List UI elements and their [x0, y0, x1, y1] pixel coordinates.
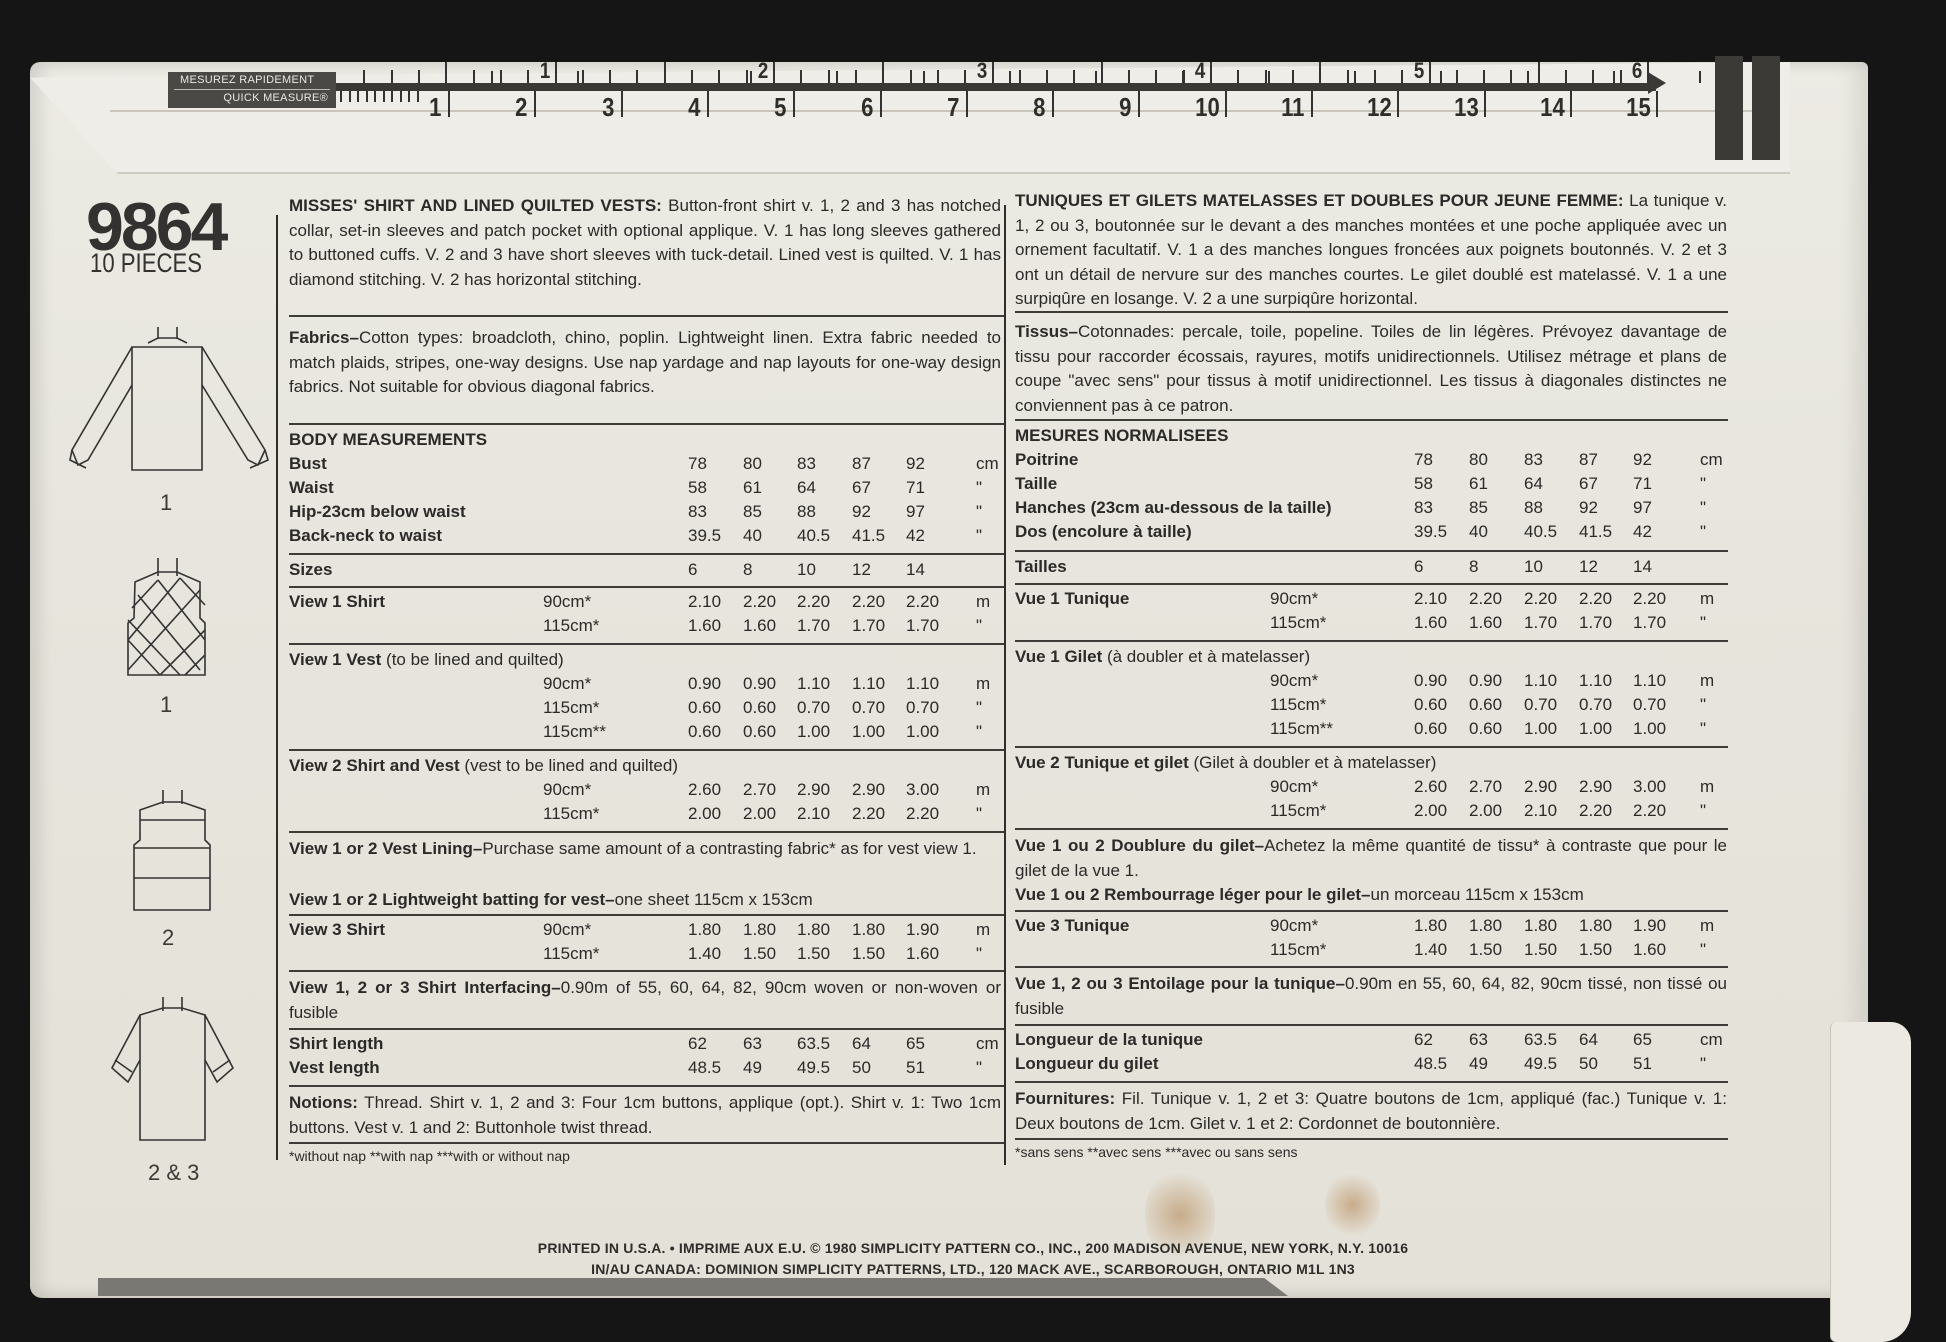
view-row: Vue 2 Tunique et gilet (Gilet à doubler …: [1015, 753, 1436, 777]
size-value: 2.20: [852, 804, 885, 828]
mm-tick: [366, 91, 368, 102]
row-note: (à doubler et à matelasser): [1102, 647, 1310, 666]
size-value: 40.5: [797, 526, 830, 550]
size-value: 49: [1469, 1054, 1488, 1078]
size-value: 8: [1469, 557, 1478, 581]
mm-tick: [340, 91, 342, 102]
size-value: 0.70: [1524, 695, 1557, 719]
cm-tick: [1397, 91, 1399, 117]
cm-mark: 9: [1119, 92, 1131, 123]
unit-label: cm: [1700, 1030, 1723, 1054]
row-note: (to be lined and quilted): [381, 650, 563, 669]
figure-label: 2: [162, 925, 174, 951]
size-value: 2.20: [1469, 589, 1502, 613]
size-value: 2.70: [743, 780, 776, 804]
size-value: 42: [1633, 522, 1652, 546]
unit-label: m: [1700, 777, 1714, 801]
mm-half-tick: [1613, 71, 1615, 83]
unit-label: ": [976, 502, 982, 526]
fabric-width: 115cm*: [543, 804, 599, 828]
eighth-inch-tick: [1456, 70, 1458, 83]
size-value: 51: [906, 1058, 925, 1082]
batting: Vue 1 ou 2 Rembourrage léger pour le gil…: [1015, 883, 1727, 908]
size-value: 64: [1579, 1030, 1598, 1054]
cm-tick: [793, 91, 795, 117]
size-value: 1.00: [1524, 719, 1557, 743]
figure-label: 2 & 3: [148, 1160, 199, 1186]
mm-tick: [349, 91, 351, 102]
eighth-inch-tick: [1483, 70, 1485, 83]
row-label: MESURES NORMALISEES: [1015, 426, 1228, 445]
eighth-inch-tick: [964, 70, 966, 83]
eighth-inch-tick: [882, 62, 884, 83]
inch-tick: [992, 62, 994, 83]
size-value: 41.5: [852, 526, 885, 550]
size-value: 49: [743, 1058, 762, 1082]
eighth-inch-tick: [391, 70, 393, 83]
fabrics-heading: Fabrics–: [289, 328, 359, 347]
cm-mark: 8: [1033, 92, 1045, 123]
unit-label: ": [1700, 695, 1706, 719]
row-label: Shirt length: [289, 1034, 383, 1053]
size-value: 0.90: [688, 674, 721, 698]
ruler-bar: [336, 83, 1656, 91]
size-value: 1.10: [797, 674, 830, 698]
body-measurements-heading: BODY MEASUREMENTS: [289, 430, 487, 454]
cm-tick: [966, 91, 968, 117]
size-value: 8: [743, 560, 752, 584]
section-rule: [289, 970, 1004, 972]
unit-label: ": [976, 698, 982, 722]
batting: View 1 or 2 Lightweight batting for vest…: [289, 888, 1001, 913]
size-value: 2.20: [906, 592, 939, 616]
eighth-inch-tick: [910, 70, 912, 83]
cm-tick: [534, 91, 536, 117]
fabric-width: 90cm*: [543, 920, 591, 944]
lining: Vue 1 ou 2 Doublure du gilet–Achetez la …: [1015, 834, 1727, 883]
size-value: 67: [852, 478, 871, 502]
inch-tick: [1210, 62, 1212, 83]
measurement-row: Hanches (23cm au-dessous de la taille): [1015, 498, 1332, 522]
section-rule: [289, 1142, 1004, 1144]
ruler-label-en: QUICK MEASURE®: [223, 92, 328, 104]
row-label: Vue 1 Gilet: [1015, 647, 1102, 666]
unit-label: ": [976, 722, 982, 746]
section-rule: [289, 749, 1004, 751]
size-value: 50: [852, 1058, 871, 1082]
eighth-inch-tick: [609, 70, 611, 83]
cm-mark: 15: [1626, 92, 1651, 123]
size-value: 1.00: [906, 722, 939, 746]
section-rule: [289, 914, 1004, 916]
eighth-inch-tick: [691, 70, 693, 83]
size-value: 2.20: [1633, 801, 1666, 825]
lining-text: Vue 1 ou 2 Doublure du gilet–Achetez la …: [1015, 834, 1727, 883]
description-text: MISSES' SHIRT AND LINED QUILTED VESTS: B…: [289, 194, 1001, 292]
size-value: 1.60: [688, 616, 721, 640]
fabric-width: 115cm*: [1270, 695, 1326, 719]
unit-label: ": [1700, 940, 1706, 964]
unit-label: ": [1700, 801, 1706, 825]
section-rule: [1015, 583, 1728, 585]
size-value: 1.10: [1633, 671, 1666, 695]
row-label: Longueur de la tunique: [1015, 1030, 1203, 1049]
interfacing-text: Vue 1, 2 ou 3 Entoilage pour la tunique–…: [1015, 972, 1727, 1021]
size-value: 64: [852, 1034, 871, 1058]
row-label: View 1 Vest: [289, 650, 381, 669]
eighth-inch-tick: [1592, 70, 1594, 83]
unit-label: ": [976, 478, 982, 502]
canada-address-line: IN/AU CANADA: DOMINION SIMPLICITY PATTER…: [0, 1261, 1946, 1277]
measurement-row: Poitrine: [1015, 450, 1078, 474]
fabric-width: 115cm*: [543, 698, 599, 722]
section-rule: [1015, 828, 1728, 830]
notions: Fournitures: Fil. Tunique v. 1, 2 et 3: …: [1015, 1087, 1727, 1136]
fabrics-body: Cotton types: broadcloth, chino, poplin.…: [289, 328, 1001, 396]
flap-edge-line: [110, 110, 1780, 112]
measurement-row: Taille: [1015, 474, 1057, 498]
cm-tick: [621, 91, 623, 117]
eighth-inch-tick: [1538, 62, 1540, 83]
cm-tick: [1225, 91, 1227, 117]
eighth-inch-tick: [500, 70, 502, 83]
section-rule: [1015, 1081, 1728, 1083]
size-value: 83: [1524, 450, 1543, 474]
eighth-inch-tick: [1265, 70, 1267, 83]
size-value: 39.5: [688, 526, 721, 550]
size-value: 0.60: [1469, 719, 1502, 743]
fabric-width: 115cm*: [543, 944, 599, 968]
size-value: 51: [1633, 1054, 1652, 1078]
mm-tick: [408, 91, 410, 102]
ruler-label-fr: MESUREZ RAPIDEMENT: [180, 74, 314, 86]
size-value: 1.00: [1633, 719, 1666, 743]
interfacing: View 1, 2 or 3 Shirt Interfacing–0.90m o…: [289, 976, 1001, 1025]
size-value: 41.5: [1579, 522, 1612, 546]
mm-tick: [374, 91, 376, 102]
size-value: 1.50: [1469, 940, 1502, 964]
section-rule: [289, 643, 1004, 645]
inch-tick: [773, 62, 775, 83]
sizes-row: Sizes: [289, 560, 332, 584]
batting-text: Vue 1 ou 2 Rembourrage léger pour le gil…: [1015, 883, 1727, 908]
cm-mark: 4: [688, 92, 700, 123]
eighth-inch-tick: [718, 70, 720, 83]
lining: View 1 or 2 Vest Lining–Purchase same am…: [289, 837, 1001, 862]
batting-heading: View 1 or 2 Lightweight batting for vest…: [289, 890, 615, 909]
fabrics-text: Tissus–Cotonnades: percale, toile, popel…: [1015, 320, 1727, 418]
size-value: 1.80: [797, 920, 830, 944]
size-value: 1.60: [906, 944, 939, 968]
eighth-inch-tick: [855, 70, 857, 83]
size-value: 49.5: [1524, 1054, 1557, 1078]
row-label: Waist: [289, 478, 334, 497]
size-value: 92: [1579, 498, 1598, 522]
size-value: 0.70: [1633, 695, 1666, 719]
fabric-width: 115cm*: [1270, 801, 1326, 825]
size-value: 63.5: [797, 1034, 830, 1058]
size-value: 14: [906, 560, 925, 584]
size-value: 61: [1469, 474, 1488, 498]
row-note: (vest to be lined and quilted): [460, 756, 678, 775]
fabric-width: 90cm*: [1270, 671, 1318, 695]
section-rule: [1015, 1024, 1728, 1026]
unit-label: m: [1700, 916, 1714, 940]
unit-label: cm: [1700, 450, 1723, 474]
body-measurements-heading: MESURES NORMALISEES: [1015, 426, 1228, 450]
row-label: Longueur du gilet: [1015, 1054, 1159, 1073]
size-value: 63: [743, 1034, 762, 1058]
cm-tick: [1138, 91, 1140, 117]
torn-side-fold: [1830, 1022, 1911, 1342]
section-rule: [1015, 966, 1728, 968]
inch-tick: [1647, 62, 1649, 83]
water-stain: [1325, 1170, 1380, 1240]
size-value: 1.60: [1414, 613, 1447, 637]
lining-body: Purchase same amount of a contrasting fa…: [482, 839, 976, 858]
size-value: 48.5: [688, 1058, 721, 1082]
size-value: 49.5: [797, 1058, 830, 1082]
unit-label: m: [1700, 671, 1714, 695]
size-value: 2.70: [1469, 777, 1502, 801]
fabric-width: 90cm*: [1270, 589, 1318, 613]
inch-mark: 3: [976, 58, 986, 84]
row-label: View 2 Shirt and Vest: [289, 756, 460, 775]
size-value: 92: [1633, 450, 1652, 474]
notions-heading: Fournitures:: [1015, 1089, 1115, 1108]
eighth-inch-tick: [1046, 70, 1048, 83]
size-value: 61: [743, 478, 762, 502]
size-value: 65: [906, 1034, 925, 1058]
eighth-inch-tick: [1155, 70, 1157, 83]
size-value: 0.60: [688, 722, 721, 746]
eighth-inch-tick: [1019, 70, 1021, 83]
size-value: 0.70: [852, 698, 885, 722]
size-value: 2.00: [688, 804, 721, 828]
size-value: 1.10: [852, 674, 885, 698]
section-rule: [1015, 640, 1728, 642]
batting-body: one sheet 115cm x 153cm: [615, 890, 813, 909]
size-value: 1.80: [743, 920, 776, 944]
size-value: 92: [906, 454, 925, 478]
size-value: 1.10: [1579, 671, 1612, 695]
row-label: Taille: [1015, 474, 1057, 493]
mm-half-tick: [1095, 71, 1097, 83]
size-value: 88: [1524, 498, 1543, 522]
size-value: 1.10: [906, 674, 939, 698]
cm-mark: 5: [774, 92, 786, 123]
section-rule: [1015, 550, 1728, 552]
eighth-inch-tick: [363, 70, 365, 83]
size-value: 1.00: [1579, 719, 1612, 743]
size-value: 83: [1414, 498, 1433, 522]
unit-label: ": [976, 944, 982, 968]
size-value: 1.50: [852, 944, 885, 968]
size-value: 3.00: [1633, 777, 1666, 801]
eighth-inch-tick: [1292, 70, 1294, 83]
notions: Notions: Thread. Shirt v. 1, 2 and 3: Fo…: [289, 1091, 1001, 1140]
size-value: 85: [743, 502, 762, 526]
size-value: 42: [906, 526, 925, 550]
size-value: 62: [688, 1034, 707, 1058]
size-value: 2.10: [797, 804, 830, 828]
size-value: 12: [852, 560, 871, 584]
notions-heading: Notions:: [289, 1093, 358, 1112]
size-value: 63: [1469, 1030, 1488, 1054]
section-rule: [1015, 311, 1728, 313]
size-value: 2.20: [797, 592, 830, 616]
row-label: Vue 1 Tunique: [1015, 589, 1129, 608]
size-value: 0.60: [743, 698, 776, 722]
size-value: 97: [906, 502, 925, 526]
mm-half-tick: [750, 71, 752, 83]
fabric-width: 90cm*: [1270, 916, 1318, 940]
mm-half-tick: [1354, 71, 1356, 83]
size-value: 2.60: [688, 780, 721, 804]
piece-count: 10 PIECES: [90, 248, 202, 279]
size-value: 0.90: [743, 674, 776, 698]
size-value: 64: [797, 478, 816, 502]
size-value: 1.80: [1469, 916, 1502, 940]
size-value: 1.00: [852, 722, 885, 746]
fabric-width: 90cm*: [543, 780, 591, 804]
size-value: 50: [1579, 1054, 1598, 1078]
envelope-tab-marker: [1715, 56, 1743, 160]
size-value: 1.70: [797, 616, 830, 640]
size-value: 10: [797, 560, 816, 584]
size-value: 3.00: [906, 780, 939, 804]
inch-mark: 1: [539, 58, 549, 84]
mm-tick: [383, 91, 385, 102]
mm-half-tick: [836, 71, 838, 83]
size-value: 64: [1524, 474, 1543, 498]
size-value: 1.70: [1524, 613, 1557, 637]
view-row: Vue 1 Gilet (à doubler et à matelasser): [1015, 647, 1310, 671]
size-value: 1.10: [1524, 671, 1557, 695]
size-value: 1.80: [688, 920, 721, 944]
size-value: 0.60: [688, 698, 721, 722]
size-value: 6: [688, 560, 697, 584]
row-label: Vest length: [289, 1058, 380, 1077]
row-label: Poitrine: [1015, 450, 1078, 469]
unit-label: ": [1700, 719, 1706, 743]
notions-text: Notions: Thread. Shirt v. 1, 2 and 3: Fo…: [289, 1091, 1001, 1140]
cm-mark: 1: [429, 92, 441, 123]
size-value: 40.5: [1524, 522, 1557, 546]
section-rule: [1015, 1138, 1728, 1140]
size-value: 85: [1469, 498, 1488, 522]
description-heading: MISSES' SHIRT AND LINED QUILTED VESTS:: [289, 196, 662, 215]
size-value: 2.20: [1579, 589, 1612, 613]
row-label: Dos (encolure à taille): [1015, 522, 1192, 541]
eighth-inch-tick: [937, 70, 939, 83]
row-label: View 1 Shirt: [289, 592, 385, 611]
size-value: 1.80: [1579, 916, 1612, 940]
unit-label: m: [976, 920, 990, 944]
envelope-bottom-strip: [98, 1278, 1288, 1296]
fabrics: Tissus–Cotonnades: percale, toile, popel…: [1015, 320, 1727, 418]
row-label: Vue 2 Tunique et gilet: [1015, 753, 1189, 772]
notions-body: Fil. Tunique v. 1, 2 et 3: Quatre bouton…: [1015, 1089, 1727, 1133]
size-value: 1.80: [1414, 916, 1447, 940]
size-value: 2.90: [797, 780, 830, 804]
size-value: 0.60: [743, 722, 776, 746]
interfacing: Vue 1, 2 ou 3 Entoilage pour la tunique–…: [1015, 972, 1727, 1021]
interfacing-heading: View 1, 2 or 3 Shirt Interfacing–: [289, 978, 561, 997]
eighth-inch-tick: [473, 70, 475, 83]
section-rule: [1015, 419, 1728, 421]
cm-tick: [707, 91, 709, 117]
size-value: 1.90: [906, 920, 939, 944]
size-value: 40: [1469, 522, 1488, 546]
eighth-inch-tick: [527, 70, 529, 83]
size-value: 2.10: [1524, 801, 1557, 825]
cm-tick: [448, 91, 450, 117]
size-value: 78: [1414, 450, 1433, 474]
row-label: Hip-23cm below waist: [289, 502, 466, 521]
eighth-inch-tick: [1565, 70, 1567, 83]
unit-label: m: [976, 592, 990, 616]
size-value: 1.50: [1524, 940, 1557, 964]
inch-tick: [1429, 62, 1431, 83]
unit-label: cm: [976, 1034, 999, 1058]
eighth-inch-tick: [1128, 70, 1130, 83]
size-value: 2.90: [1579, 777, 1612, 801]
eighth-inch-tick: [1401, 70, 1403, 83]
size-value: 80: [1469, 450, 1488, 474]
size-value: 2.20: [1524, 589, 1557, 613]
size-value: 14: [1633, 557, 1652, 581]
size-value: 0.60: [1414, 719, 1447, 743]
unit-label: ": [1700, 522, 1706, 546]
fabric-width: 115cm**: [1270, 719, 1333, 743]
size-value: 88: [797, 502, 816, 526]
size-value: 0.90: [1414, 671, 1447, 695]
size-value: 0.60: [1414, 695, 1447, 719]
size-value: 2.20: [852, 592, 885, 616]
mm-tick: [417, 91, 419, 102]
row-label: Back-neck to waist: [289, 526, 442, 545]
eighth-inch-tick: [800, 70, 802, 83]
mm-half-tick: [1699, 71, 1701, 83]
length-row: Longueur de la tunique: [1015, 1030, 1203, 1054]
length-row: Shirt length: [289, 1034, 383, 1058]
description: MISSES' SHIRT AND LINED QUILTED VESTS: B…: [289, 194, 1001, 292]
size-value: 2.90: [852, 780, 885, 804]
cm-mark: 12: [1367, 92, 1392, 123]
size-value: 71: [1633, 474, 1652, 498]
batting-body: un morceau 115cm x 153cm: [1371, 885, 1584, 904]
size-value: 78: [688, 454, 707, 478]
cm-mark: 7: [947, 92, 959, 123]
eighth-inch-tick: [418, 70, 420, 83]
garment-illustrations: [60, 300, 290, 1200]
interfacing-text: View 1, 2 or 3 Shirt Interfacing–0.90m o…: [289, 976, 1001, 1025]
mm-half-tick: [1268, 71, 1270, 83]
size-value: 1.70: [906, 616, 939, 640]
inch-mark: 6: [1632, 58, 1642, 84]
eighth-inch-tick: [828, 70, 830, 83]
fabric-width: 90cm*: [543, 674, 591, 698]
size-value: 92: [852, 502, 871, 526]
measurement-row: Hip-23cm below waist: [289, 502, 466, 526]
notions-text: Fournitures: Fil. Tunique v. 1, 2 et 3: …: [1015, 1087, 1727, 1136]
section-rule: [289, 1085, 1004, 1087]
cm-mark: 14: [1540, 92, 1565, 123]
unit-label: ": [976, 526, 982, 550]
cm-mark: 11: [1281, 92, 1304, 123]
size-value: 0.90: [1469, 671, 1502, 695]
